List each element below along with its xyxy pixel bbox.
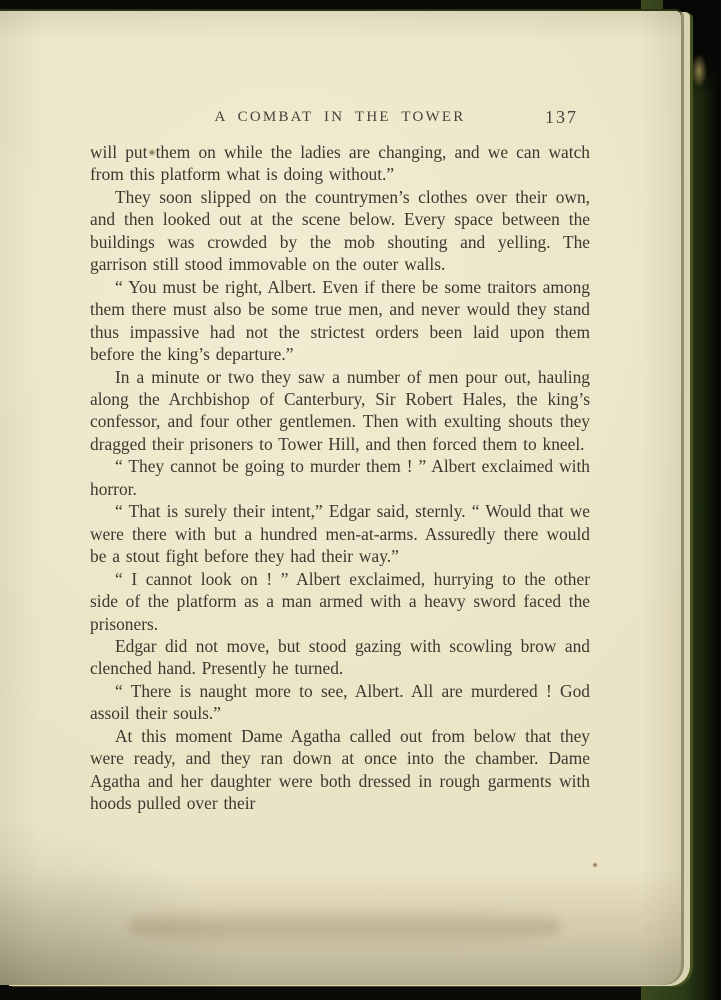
paragraph: “ There is naught more to see, Albert. A… (90, 680, 590, 725)
paragraph: At this moment Dame Agatha called out fr… (90, 725, 590, 815)
paragraph: “ You must be right, Albert. Even if the… (90, 276, 590, 366)
paragraph: “ I cannot look on ! ” Albert exclaimed,… (90, 568, 590, 635)
chapter-running-title: A COMBAT IN THE TOWER (90, 109, 590, 126)
ink-speck (592, 862, 598, 868)
paragraph: “ They cannot be going to murder them ! … (90, 455, 590, 500)
paragraph: They soon slipped on the countrymen’s cl… (90, 186, 590, 276)
ink-speck (148, 149, 156, 156)
page-number: 137 (545, 107, 578, 128)
page-text-block: will put them on while the ladies are ch… (90, 141, 590, 815)
book-page: A COMBAT IN THE TOWER 137 will put them … (0, 11, 681, 985)
paragraph: Edgar did not move, but stood gazing wit… (90, 635, 590, 680)
paragraph: “ That is surely their intent,” Edgar sa… (90, 500, 590, 567)
running-header: A COMBAT IN THE TOWER 137 (90, 107, 590, 129)
cover-worn-spot (691, 54, 707, 88)
page-curl-shadow (130, 907, 560, 945)
paragraph: will put them on while the ladies are ch… (90, 141, 590, 186)
paragraph: In a minute or two they saw a number of … (90, 366, 590, 456)
